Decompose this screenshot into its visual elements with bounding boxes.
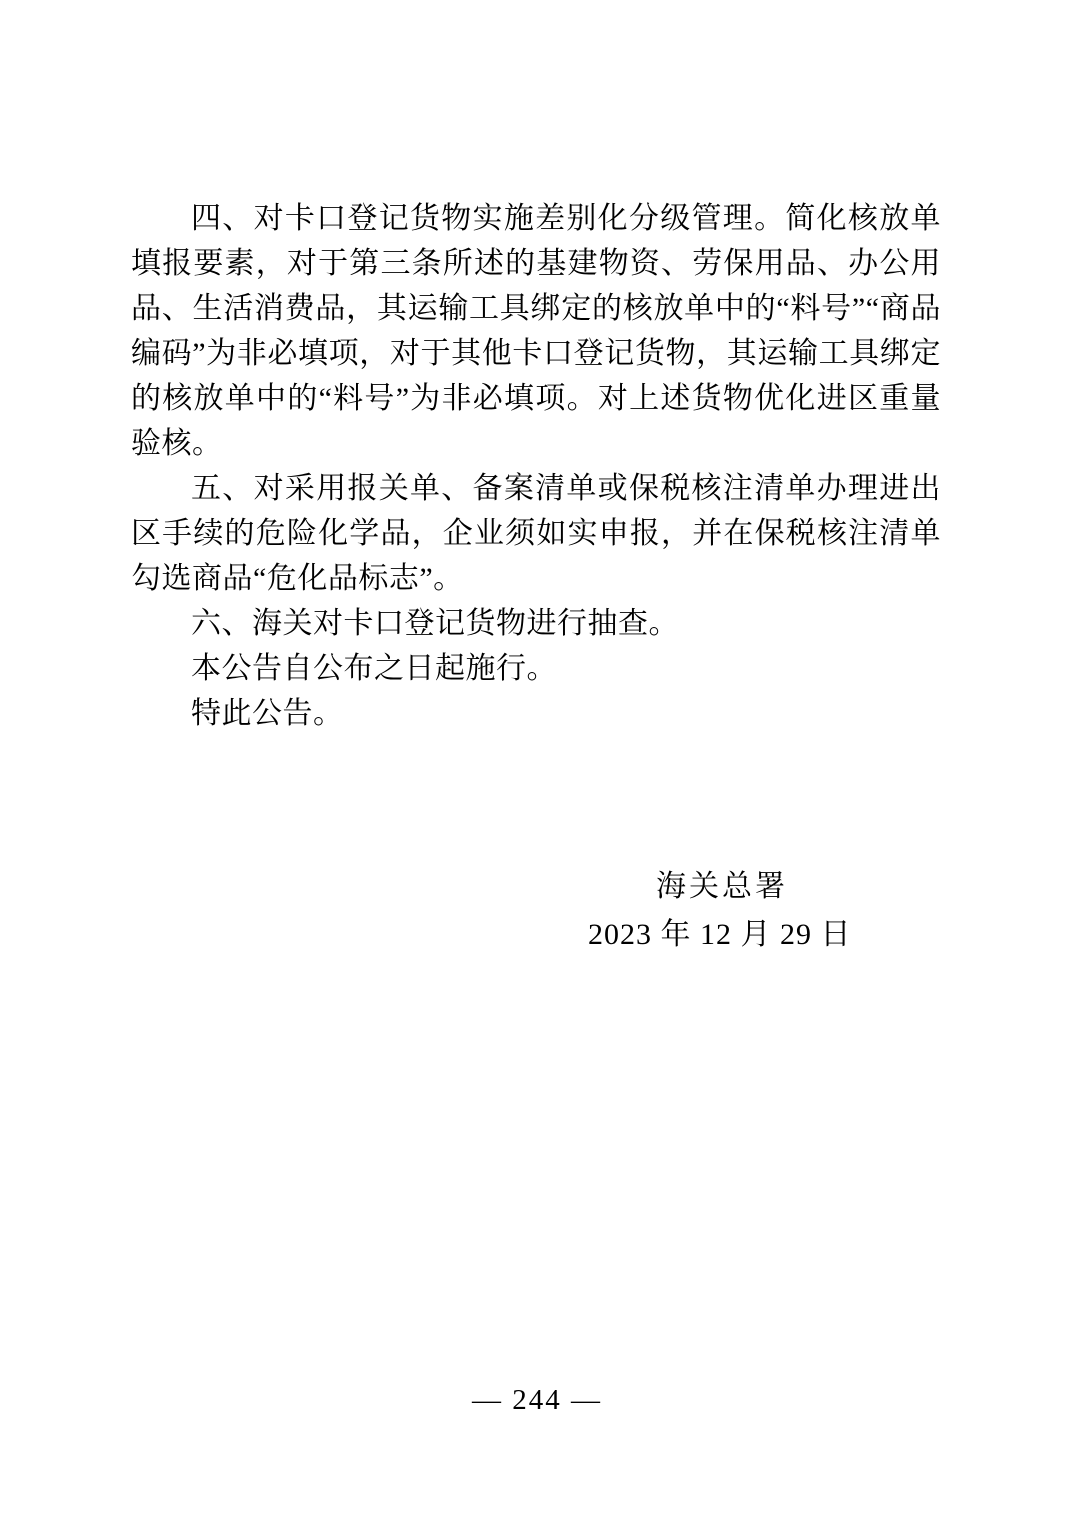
document-page: 四、对卡口登记货物实施差别化分级管理。简化核放单填报要素，对于第三条所述的基建物… [0, 0, 1074, 1520]
paragraph-effective-date: 本公告自公布之日起施行。 [131, 646, 941, 691]
issue-date: 2023 年 12 月 29 日 [588, 912, 852, 957]
announcement-body: 四、对卡口登记货物实施差别化分级管理。简化核放单填报要素，对于第三条所述的基建物… [131, 196, 941, 736]
paragraph-item-5: 五、对采用报关单、备案清单或保税核注清单办理进出区手续的危险化学品，企业须如实申… [131, 466, 941, 601]
page-number: — 244 — [0, 1378, 1074, 1423]
paragraph-item-4: 四、对卡口登记货物实施差别化分级管理。简化核放单填报要素，对于第三条所述的基建物… [131, 196, 941, 466]
issuer-signature: 海关总署 [656, 864, 788, 909]
paragraph-item-6: 六、海关对卡口登记货物进行抽查。 [131, 601, 941, 646]
paragraph-closing: 特此公告。 [131, 691, 941, 736]
